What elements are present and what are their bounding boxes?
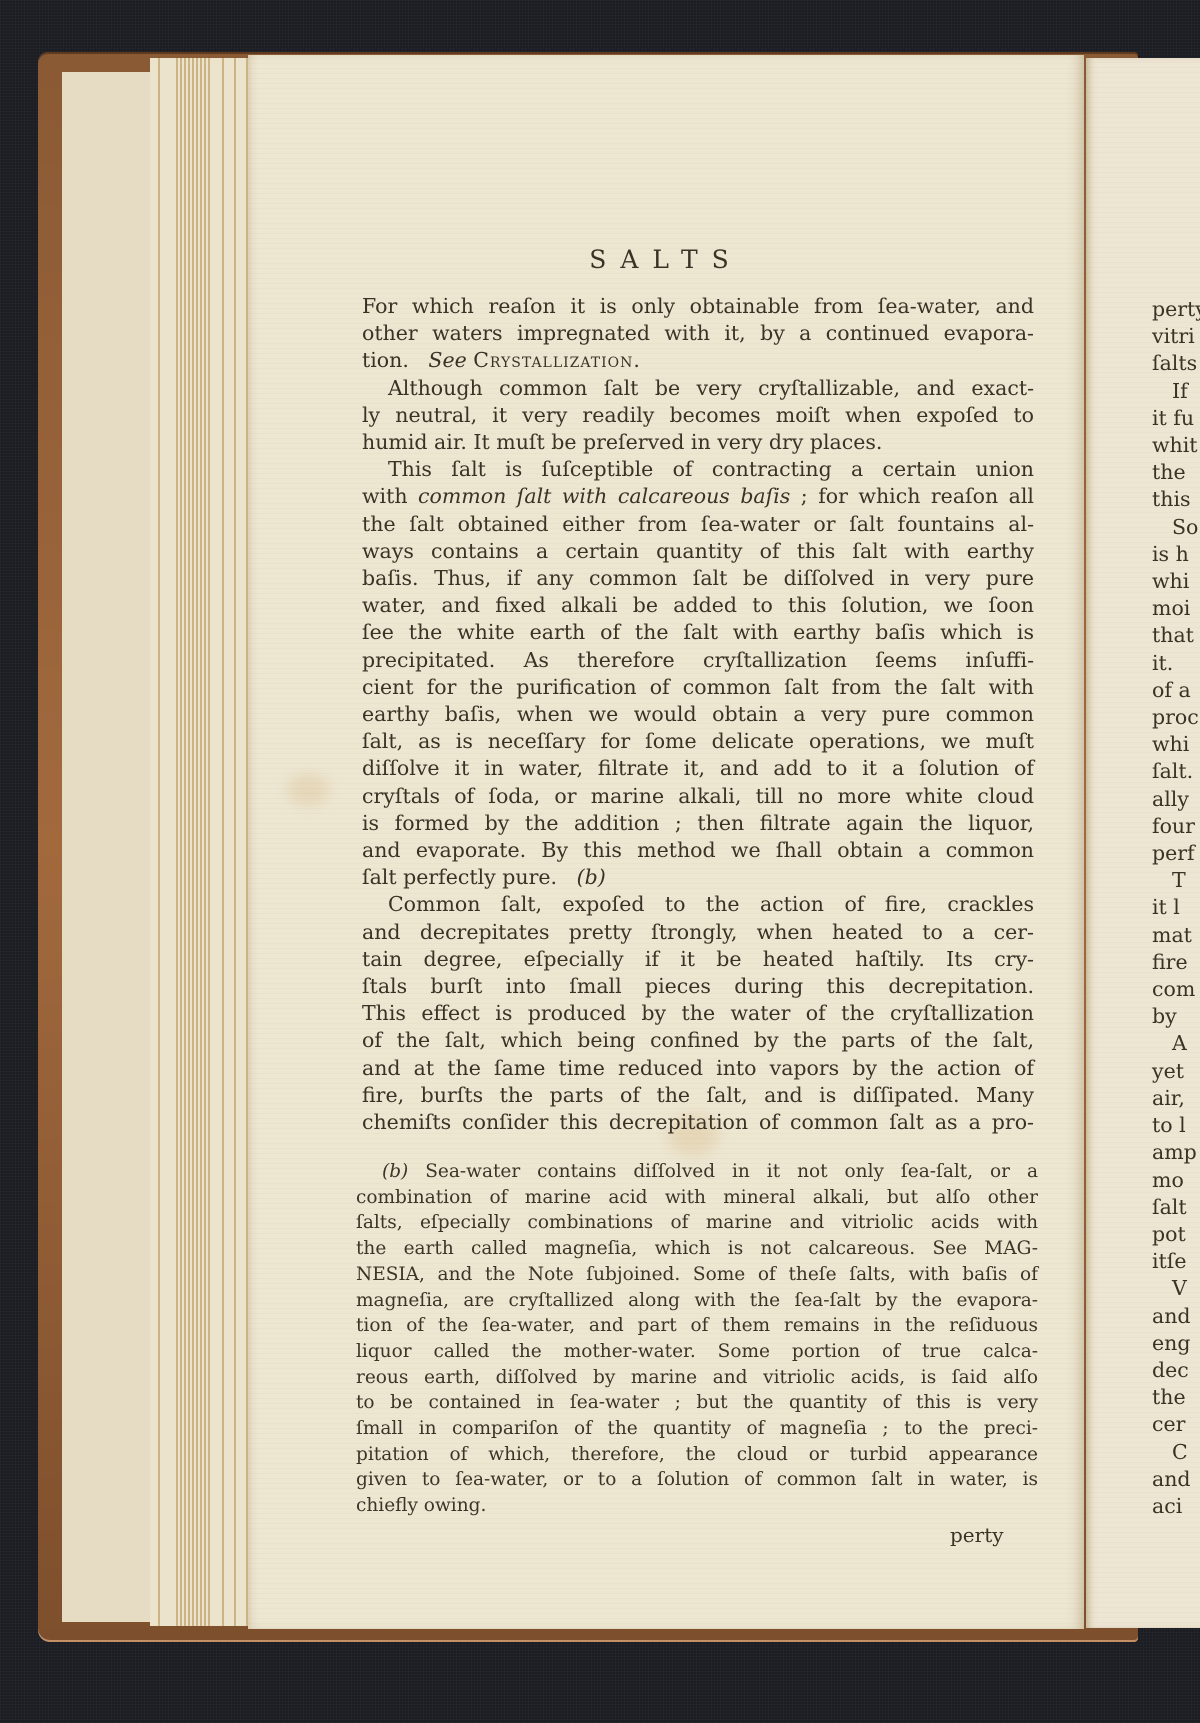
facing-page-line: by — [1152, 1003, 1200, 1030]
facing-page-line: aci — [1152, 1493, 1200, 1520]
right-page-fragment: pertyvitriſaltsIfit fuwhitthethisSois hw… — [1086, 58, 1200, 1628]
facing-page-line: and — [1152, 1466, 1200, 1493]
page-stack-edges — [150, 58, 250, 1626]
facing-page-line: mat — [1152, 922, 1200, 949]
facing-page-text: pertyvitriſaltsIfit fuwhitthethisSois hw… — [1152, 296, 1200, 1520]
facing-page-line: air, — [1152, 1085, 1200, 1112]
facing-page-line: If — [1152, 378, 1200, 405]
facing-page-line: ſalts — [1152, 350, 1200, 377]
footnote: (b) Sea-water contains diſſolved in it n… — [356, 1159, 1038, 1519]
facing-page-line: itſe — [1152, 1248, 1200, 1275]
footnote-marker: (b) — [577, 865, 606, 889]
facing-page-line: moi — [1152, 595, 1200, 622]
paragraph-3: This ſalt is ſuſceptible of contracting … — [362, 456, 1034, 891]
body-text: For which reaſon it is only obtainable f… — [362, 293, 1034, 1136]
facing-page-line: this — [1152, 486, 1200, 513]
facing-page-line: it. — [1152, 650, 1200, 677]
facing-page-line: to l — [1152, 1112, 1200, 1139]
facing-page-line: proc — [1152, 704, 1200, 731]
facing-page-line: pot — [1152, 1221, 1200, 1248]
facing-page-line: T — [1152, 867, 1200, 894]
facing-page-line: yet — [1152, 1058, 1200, 1085]
left-page: SALTS For which reaſon it is only obtain… — [248, 55, 1084, 1629]
facing-page-line: cer — [1152, 1411, 1200, 1438]
facing-page-line: perf — [1152, 840, 1200, 867]
facing-page-line: dec — [1152, 1357, 1200, 1384]
facing-page-line: A — [1152, 1030, 1200, 1057]
facing-page-line: is h — [1152, 541, 1200, 568]
facing-page-line: the — [1152, 459, 1200, 486]
see-crystallization-line: tion. See Crystallization. — [362, 347, 1034, 374]
facing-page-line: it l — [1152, 894, 1200, 921]
paragraph-4: Common ſalt, expoſed to the action of fi… — [362, 891, 1034, 1136]
facing-page-line: vitri — [1152, 323, 1200, 350]
facing-page-line: whi — [1152, 568, 1200, 595]
facing-page-line: and — [1152, 1303, 1200, 1330]
running-head: SALTS — [248, 245, 1084, 274]
facing-page-line: V — [1152, 1275, 1200, 1302]
facing-page-line: the — [1152, 1384, 1200, 1411]
footnote-ref-line: ſalt perfectly pure. (b) — [362, 864, 1034, 891]
facing-page-line: C — [1152, 1439, 1200, 1466]
paragraph-2: Although common ſalt be very cryſtalliza… — [362, 375, 1034, 457]
facing-page-line: that — [1152, 622, 1200, 649]
facing-page-line: it fu — [1152, 405, 1200, 432]
paragraph-1: For which reaſon it is only obtainable f… — [362, 293, 1034, 375]
facing-page-line: So — [1152, 514, 1200, 541]
facing-page-line: of a — [1152, 677, 1200, 704]
catchword: perty — [950, 1523, 1004, 1547]
facing-page-line: amp — [1152, 1139, 1200, 1166]
endpaper — [62, 72, 152, 1622]
facing-page-line: com — [1152, 976, 1200, 1003]
facing-page-line: eng — [1152, 1330, 1200, 1357]
facing-page-line: four — [1152, 813, 1200, 840]
facing-page-line: whit — [1152, 432, 1200, 459]
facing-page-line: whi — [1152, 731, 1200, 758]
facing-page-line: ally — [1152, 786, 1200, 813]
facing-page-line: perty — [1152, 296, 1200, 323]
facing-page-line: fire — [1152, 949, 1200, 976]
facing-page-line: ſalt. — [1152, 758, 1200, 785]
facing-page-line: ſalt — [1152, 1194, 1200, 1221]
facing-page-line: mo — [1152, 1167, 1200, 1194]
italic-phrase-line: with common ſalt with calcareous baſis ;… — [362, 483, 1034, 510]
